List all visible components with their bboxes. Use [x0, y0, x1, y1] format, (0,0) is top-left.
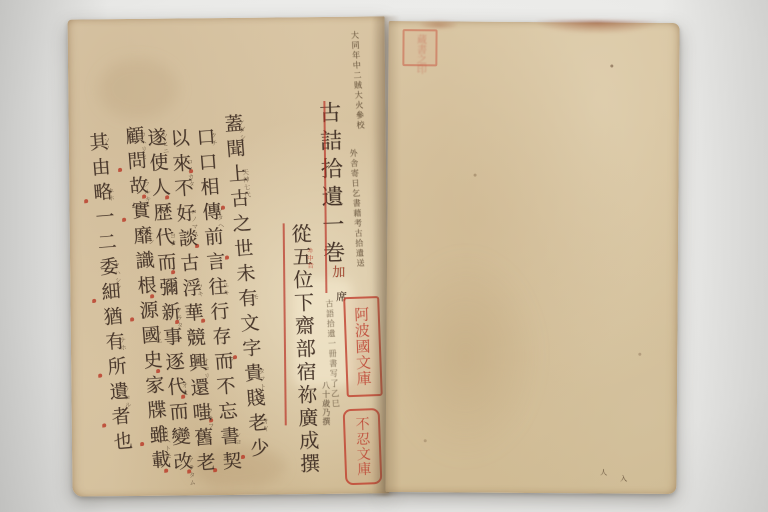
right-page-blank-leaf: 蔵書之印人入	[385, 21, 679, 494]
furigana-gloss: オヒ	[180, 382, 190, 398]
furigana-gloss: アラタ	[174, 307, 185, 330]
author-side-note: 八十歳乃撰	[320, 381, 331, 426]
right-page-marks: 蔵書之印人入	[389, 21, 680, 23]
stray-ink-mark: 人	[598, 468, 608, 475]
furigana-gloss: ツタヘ	[215, 207, 226, 230]
furigana-gloss: クハシク	[112, 262, 123, 293]
seal-text: 不忍文庫	[351, 416, 373, 477]
furigana-gloss: ナシ	[146, 230, 156, 246]
furigana-gloss: 天神七代	[241, 168, 252, 199]
furigana-gloss: クチ	[209, 132, 219, 148]
furigana-gloss: オイ	[261, 418, 271, 434]
furigana-gloss: オコリ	[201, 357, 212, 380]
vermilion-punctuation-dot	[122, 218, 126, 222]
vermilion-punctuation-dot	[84, 199, 88, 203]
furigana-gloss: シヨ	[233, 431, 243, 447]
furigana-gloss: ウキ	[195, 283, 205, 299]
seal-text: 蔵書之印	[412, 34, 427, 61]
ink-speck	[610, 65, 613, 68]
vermilion-punctuation-dot	[92, 299, 96, 303]
vermilion-punctuation-dot	[118, 168, 122, 172]
ink-speck	[474, 174, 477, 177]
vermilion-punctuation-dot	[98, 373, 102, 377]
red-brown-top-stain	[419, 20, 459, 29]
furigana-gloss: ナホ	[118, 336, 128, 352]
red-brown-top-stain	[537, 20, 657, 34]
furigana-gloss: ワラフ	[205, 407, 216, 430]
furigana-gloss: ケダシ	[237, 119, 248, 142]
vermilion-punctuation-dot	[130, 317, 134, 321]
furigana-gloss: ノコル	[122, 386, 133, 409]
furigana-gloss: テ	[227, 356, 237, 364]
vermilion-punctuation-dot	[102, 423, 106, 427]
title-text: 古詰拾遺一巻	[312, 100, 348, 269]
seal-shinobazu-bunko: 不忍文庫	[343, 408, 383, 485]
collation-note-top: 大同年中二賊大火參校	[349, 30, 366, 130]
seal-square-faint: 蔵書之印	[402, 29, 437, 66]
paper-smudge	[98, 59, 179, 120]
left-page-text-leaf: 大同年中二賊大火參校外舎寄日乞書藉考古拾遺送古語拾遺一冊書写了乙巳古詰拾遺一巻加…	[68, 16, 390, 496]
seal-awa-kuni-bunko: 阿波國文庫	[343, 296, 383, 397]
furigana-gloss: ソノ	[102, 137, 112, 153]
furigana-gloss: ホホ	[106, 187, 116, 203]
ink-speck	[638, 353, 641, 356]
paper-mottle	[390, 251, 541, 462]
seal-text: 阿波國文庫	[351, 306, 375, 387]
collation-note-mid: 外舎寄日乞書藉考古拾遺送	[348, 148, 367, 268]
furigana-gloss: ユキ	[221, 281, 231, 297]
manuscript-text-block: 大同年中二賊大火參校外舎寄日乞書藉考古拾遺送古語拾遺一冊書写了乙巳古詰拾遺一巻加…	[68, 16, 385, 19]
furigana-gloss: モ	[251, 293, 261, 301]
furigana-gloss: ツヒニ	[160, 132, 171, 155]
stray-ink-mark: 入	[618, 475, 628, 482]
photo-of-open-manuscript: 大同年中二賊大火參校外舎寄日乞書藉考古拾遺送古語拾遺一冊書写了乙巳古詰拾遺一巻加…	[0, 0, 768, 512]
vermilion-gloss: ヰ中音	[306, 247, 315, 270]
title-annotation: 加	[327, 265, 346, 278]
furigana-gloss: ヨヨ	[168, 232, 178, 248]
ink-speck	[424, 439, 427, 442]
furigana-gloss: クニ	[154, 330, 164, 346]
vermilion-punctuation-dot	[140, 442, 144, 446]
furigana-gloss: タフト	[257, 368, 268, 391]
furigana-gloss: フルキ	[142, 180, 153, 203]
